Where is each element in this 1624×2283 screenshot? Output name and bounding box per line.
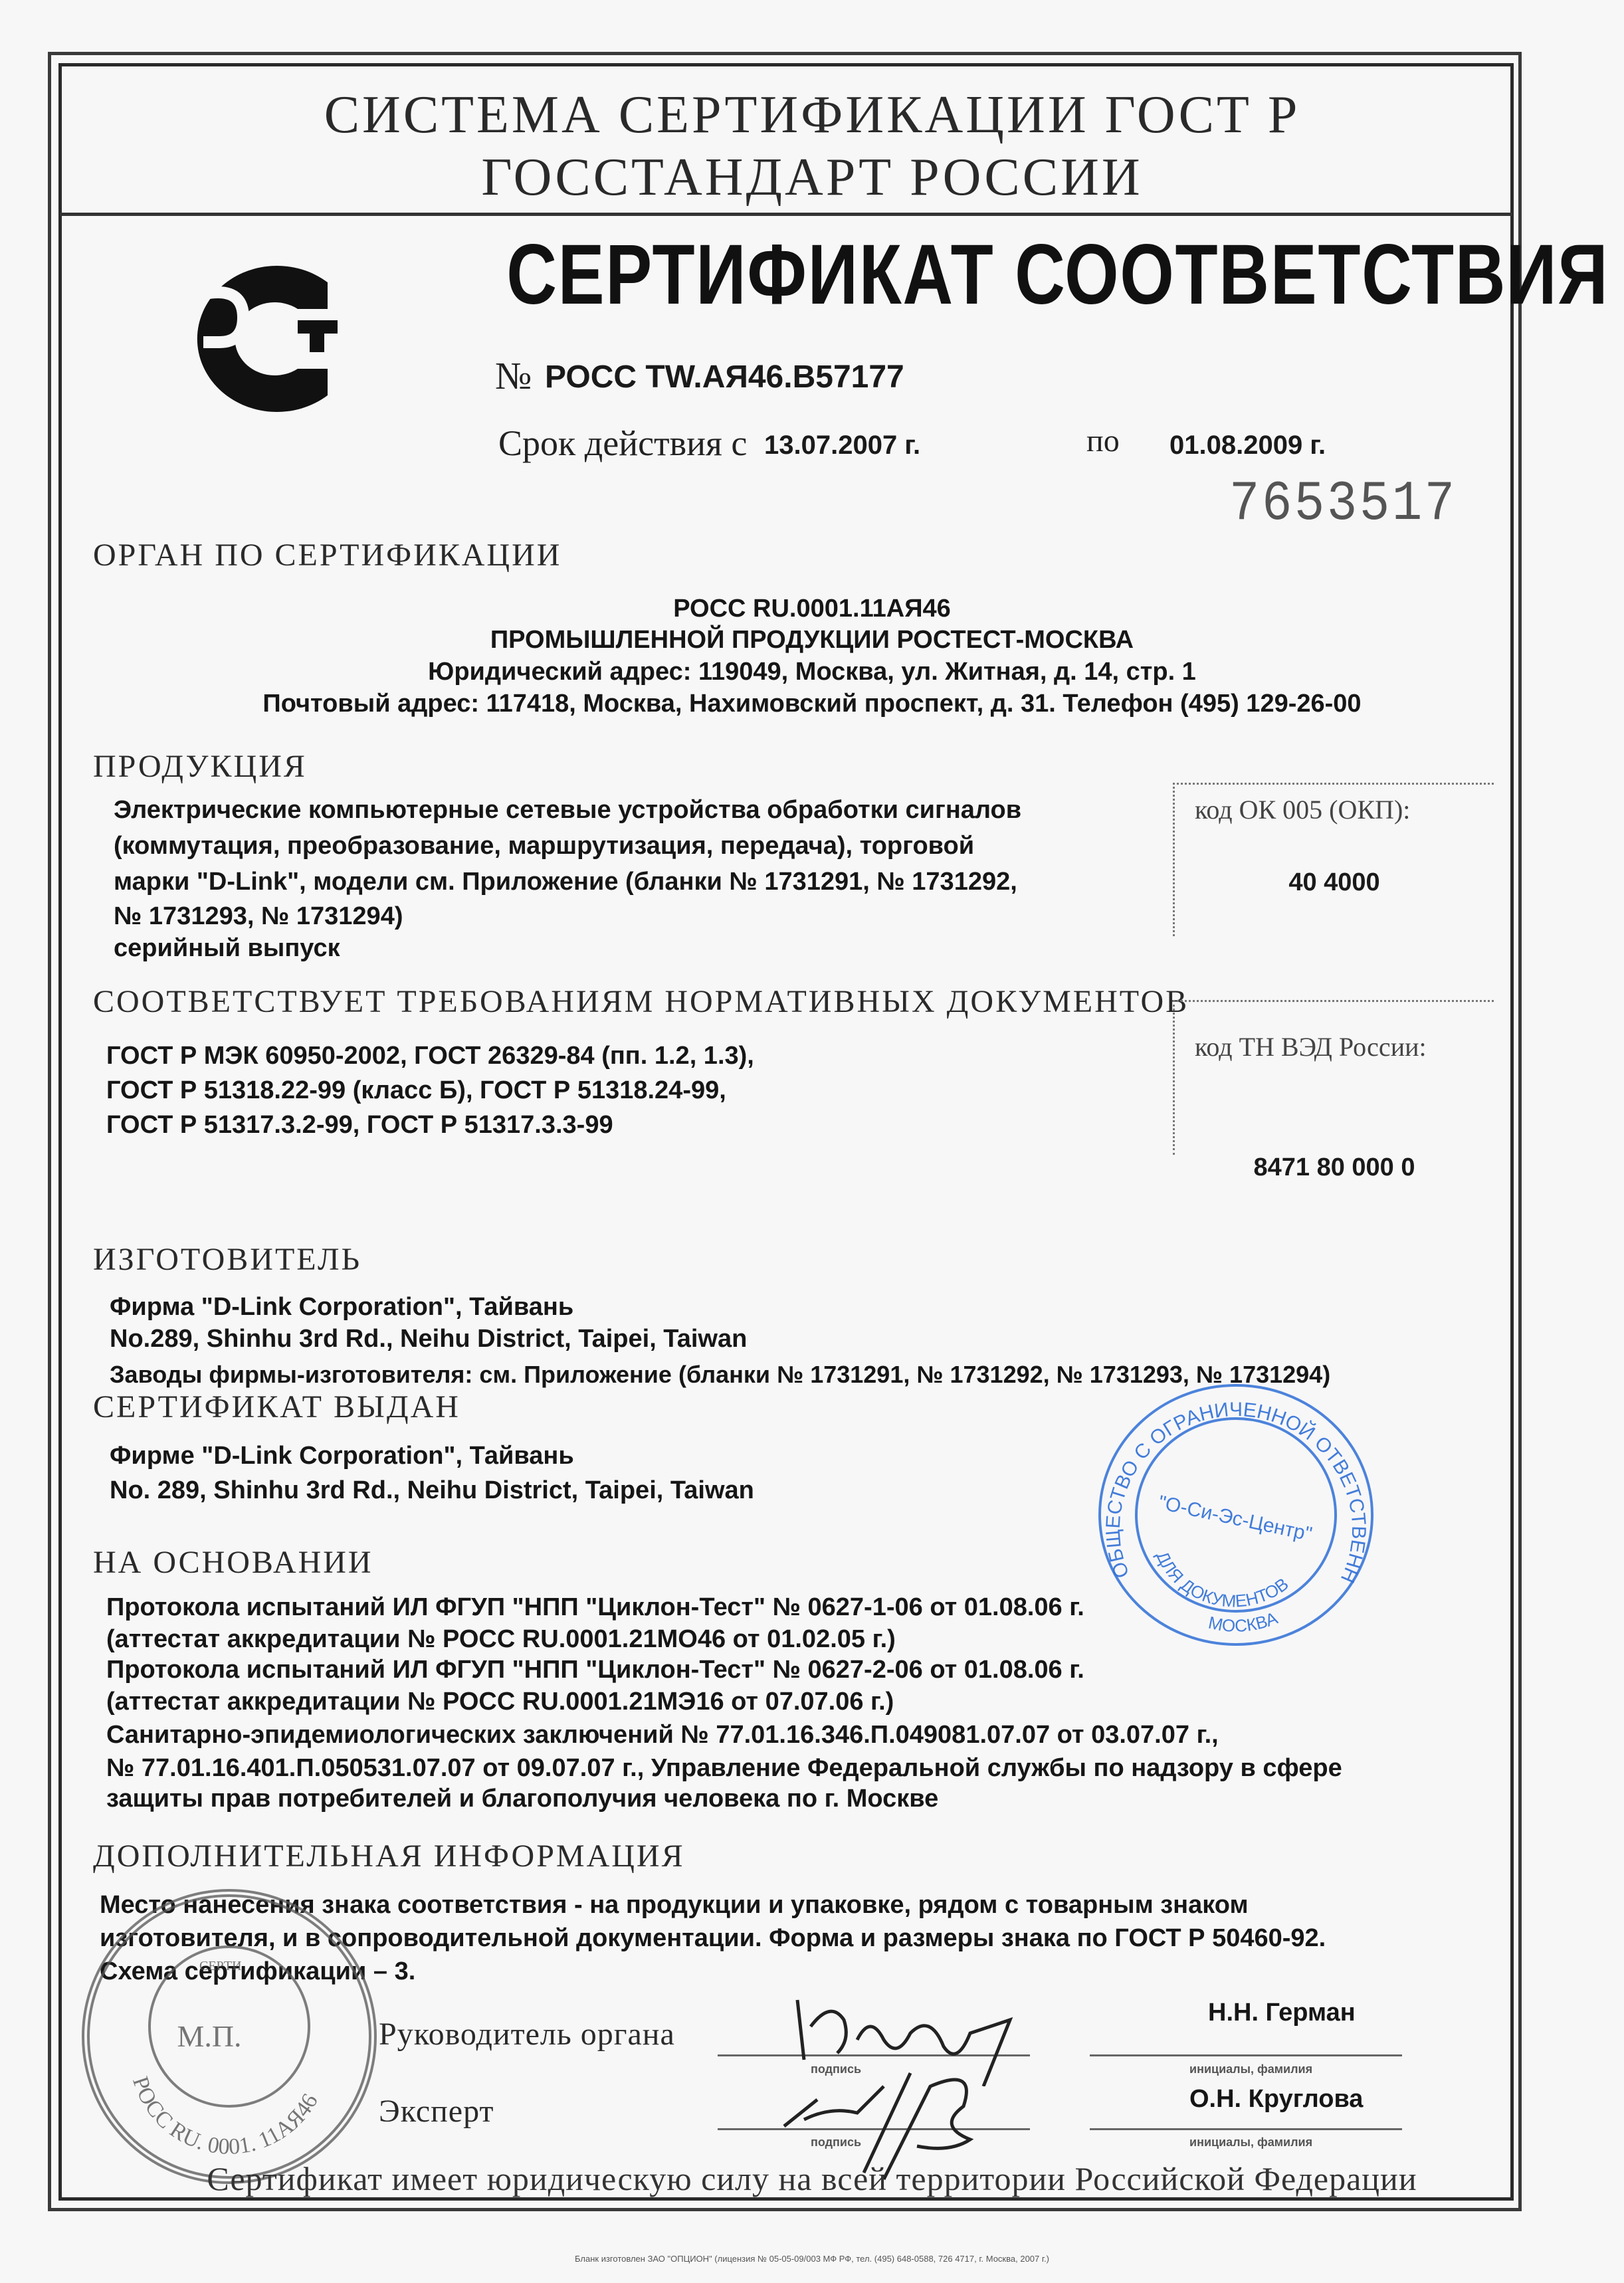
issued-to-heading: СЕРТИФИКАТ ВЫДАН [93,1389,460,1425]
head-of-body-label: Руководитель органа [379,2016,675,2052]
certification-body-line: ПРОМЫШЛЕННОЙ ПРОДУКЦИИ РОСТЕСТ-МОСКВА [0,626,1624,654]
valid-from: 13.07.2007 г. [764,431,920,460]
product-line: марки "D-Link", модели см. Приложение (б… [114,868,1017,896]
standard-line: ГОСТ Р 51318.22-99 (класс Б), ГОСТ Р 513… [106,1076,726,1105]
svg-text:М.П.: М.П. [177,2019,241,2053]
legal-validity-note: Сертификат имеет юридическую силу на все… [0,2159,1624,2198]
product-heading: ПРОДУКЦИЯ [93,748,307,785]
okp-code-box: код ОК 005 (ОКП): 40 4000 [1173,783,1494,936]
certification-body-heading: ОРГАН ПО СЕРТИФИКАЦИИ [93,537,561,573]
product-line: (коммутация, преобразование, маршрутизац… [114,832,974,860]
certification-body-line: Юридический адрес: 119049, Москва, ул. Ж… [0,658,1624,686]
tnved-code: 8471 80 000 0 [1175,1153,1494,1182]
rst-conformity-mark-icon [158,252,357,425]
blank-number: 7653517 [1229,473,1457,536]
svg-text:"О-Си-Эс-Центр": "О-Си-Эс-Центр" [1156,1492,1314,1545]
tnved-label: код ТН ВЭД России: [1195,1031,1427,1062]
basis-heading: НА ОСНОВАНИИ [93,1544,373,1581]
valid-to-label: по [1086,423,1120,459]
blank-fineprint: Бланк изготовлен ЗАО "ОПЦИОН" (лицензия … [0,2254,1624,2264]
name-caption: инициалы, фамилия [1189,2135,1312,2149]
standard-line: ГОСТ Р МЭК 60950-2002, ГОСТ 26329-84 (пп… [106,1042,754,1070]
validity-label: Срок действия с [498,423,747,464]
basis-line: защиты прав потребителей и благополучия … [106,1785,938,1813]
certification-body-line: РОСС RU.0001.11АЯ46 [0,595,1624,623]
basis-line: Санитарно-эпидемиологических заключений … [106,1721,1219,1749]
system-title: СИСТЕМА СЕРТИФИКАЦИИ ГОСТ Р [0,85,1624,146]
certification-seal-icon: М.П. РОСС RU. 0001. 11АЯ46 СЕРТИ [73,1880,385,2193]
svg-text:СЕРТИ: СЕРТИ [199,1959,242,1973]
manufacturer-heading: ИЗГОТОВИТЕЛЬ [93,1241,361,1278]
additional-info-heading: ДОПОЛНИТЕЛЬНАЯ ИНФОРМАЦИЯ [93,1838,685,1874]
number-sign: № [495,353,532,398]
expert-label: Эксперт [379,2093,494,2130]
head-name: Н.Н. Герман [1208,1999,1356,2027]
issued-to-line: No. 289, Shinhu 3rd Rd., Neihu District,… [110,1476,754,1505]
svg-text:ДЛЯ ДОКУМЕНТОВ: ДЛЯ ДОКУМЕНТОВ [1152,1548,1292,1611]
certification-body-line: Почтовый адрес: 117418, Москва, Нахимовс… [0,690,1624,718]
standard-line: ГОСТ Р 51317.3.2-99, ГОСТ Р 51317.3.3-99 [106,1111,613,1140]
okp-label: код ОК 005 (ОКП): [1195,794,1410,825]
manufacturer-line: Фирма "D-Link Corporation", Тайвань [110,1293,573,1322]
tnved-code-box: код ТН ВЭД России: 8471 80 000 0 [1173,1000,1494,1155]
expert-name-line [1090,2128,1402,2130]
production-type: серийный выпуск [114,934,340,963]
product-line: № 1731293, № 1731294) [114,902,403,931]
company-stamp-icon: ОБЩЕСТВО С ОГРАНИЧЕННОЙ ОТВЕТСТВЕННОСТЬЮ… [1090,1375,1382,1654]
header-divider [60,213,1512,216]
basis-line: Протокола испытаний ИЛ ФГУП "НПП "Циклон… [106,1656,1084,1684]
basis-line: (аттестат аккредитации № РОСС RU.0001.21… [106,1625,896,1654]
basis-line: № 77.01.16.401.П.050531.07.07 от 09.07.0… [106,1754,1342,1783]
product-line: Электрические компьютерные сетевые устро… [114,796,1021,825]
valid-to: 01.08.2009 г. [1169,431,1326,460]
issued-to-line: Фирме "D-Link Corporation", Тайвань [110,1442,574,1470]
name-caption: инициалы, фамилия [1189,2062,1312,2076]
head-name-line [1090,2054,1402,2056]
standards-heading: СООТВЕТСТВУЕТ ТРЕБОВАНИЯМ НОРМАТИВНЫХ ДО… [93,983,1189,1020]
authority-title: ГОССТАНДАРТ РОССИИ [0,148,1624,208]
svg-text:РОСС RU. 0001. 11АЯ46: РОСС RU. 0001. 11АЯ46 [128,2074,323,2159]
document-title: СЕРТИФИКАТ СООТВЕТСТВИЯ [506,226,1368,324]
expert-name: О.Н. Круглова [1189,2085,1363,2114]
manufacturer-line: No.289, Shinhu 3rd Rd., Neihu District, … [110,1325,747,1353]
okp-code: 40 4000 [1175,868,1494,897]
basis-line: Протокола испытаний ИЛ ФГУП "НПП "Циклон… [106,1593,1084,1622]
basis-line: (аттестат аккредитации № РОСС RU.0001.21… [106,1688,894,1716]
certificate-number: РОСС TW.АЯ46.В57177 [545,359,904,395]
